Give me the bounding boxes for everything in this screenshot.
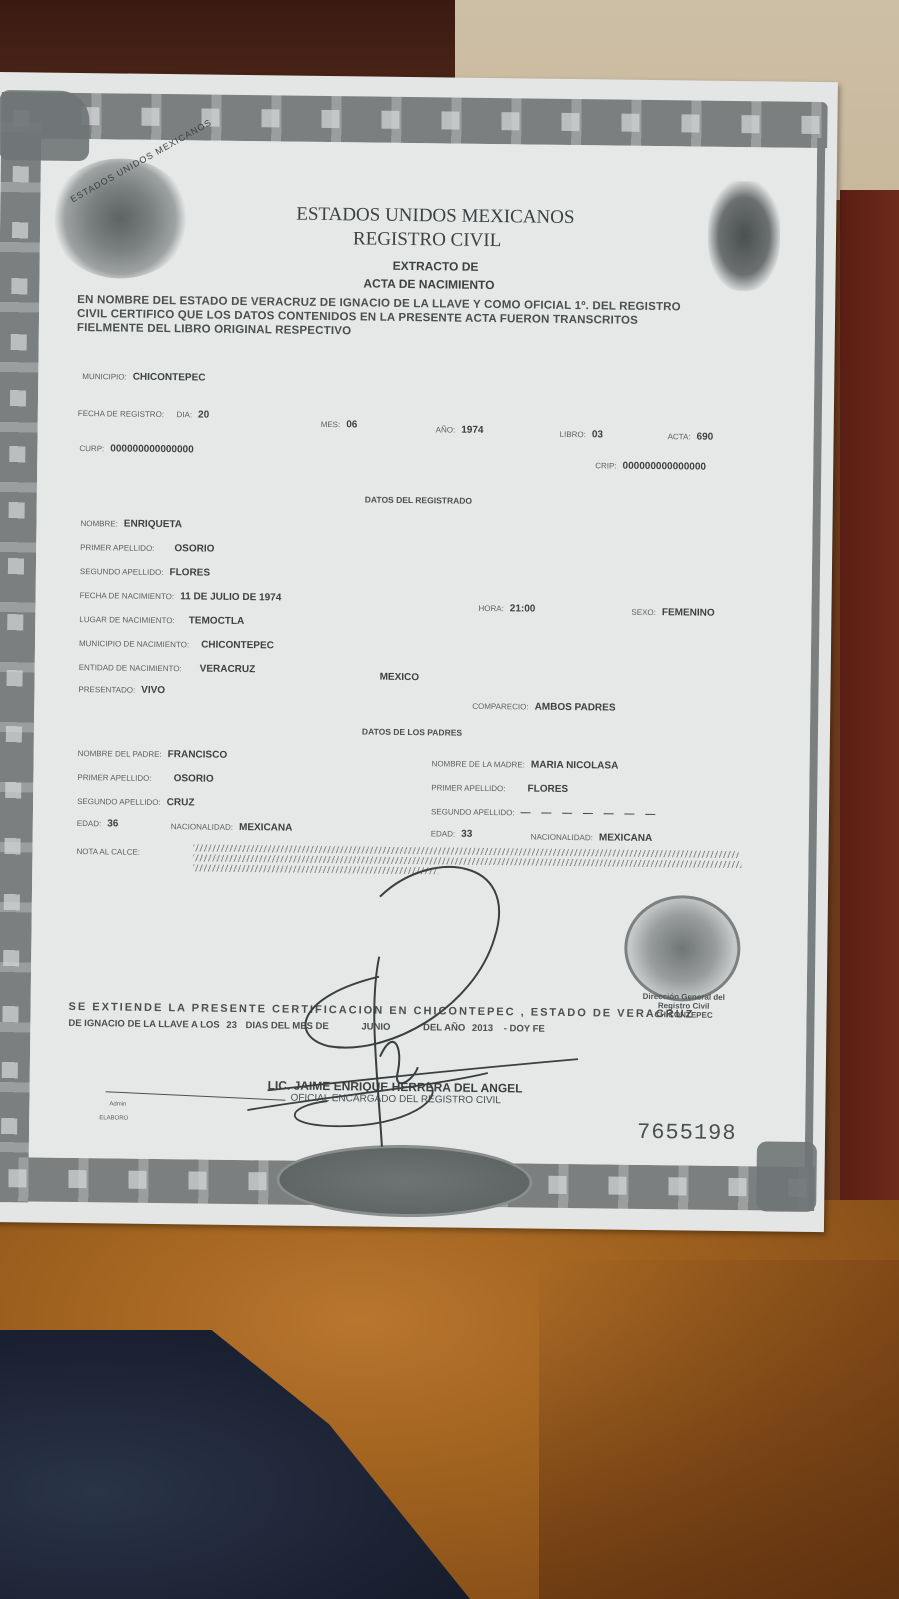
field-value: FRANCISCO	[168, 749, 228, 761]
field-value: FLORES	[527, 783, 568, 794]
field-sexo: SEXO:FEMENINO	[631, 602, 714, 621]
office-title: REGISTRO CIVIL	[353, 228, 502, 252]
field-value: OSORIO	[174, 543, 214, 554]
field-label: NACIONALIDAD:	[171, 822, 233, 832]
field-label: PRIMER APELLIDO:	[431, 783, 505, 793]
field-padre-edad: EDAD:36	[77, 813, 119, 832]
field-value: 11 DE JULIO DE 1974	[180, 591, 281, 603]
doc-type-line1: EXTRACTO DE	[393, 259, 479, 274]
field-padre-segundo-apellido: SEGUNDO APELLIDO:CRUZ	[77, 791, 195, 810]
field-label: CRIP:	[595, 461, 616, 470]
field-madre-edad: EDAD:33	[431, 823, 473, 842]
closing-dias: 23	[226, 1020, 237, 1031]
field-label: MUNICIPIO DE NACIMIENTO:	[79, 639, 189, 649]
closing-text: DE IGNACIO DE LA LLAVE A LOS	[68, 1018, 219, 1031]
field-label: PRESENTADO:	[78, 685, 135, 695]
field-municipio: MUNICIPIO:CHICONTEPEC	[82, 366, 205, 386]
field-label: NOMBRE DE LA MADRE:	[432, 759, 525, 769]
closing-text: - DOY FE	[504, 1023, 545, 1035]
field-primer-apellido: PRIMER APELLIDO:OSORIO	[80, 537, 214, 557]
field-padre-nombre: NOMBRE DEL PADRE:FRANCISCO	[78, 743, 228, 763]
field-madre-nombre: NOMBRE DE LA MADRE:MARIA NICOLASA	[431, 753, 618, 773]
country-title: ESTADOS UNIDOS MEXICANOS	[296, 204, 574, 229]
field-value: FEMENINO	[662, 607, 715, 619]
field-value: 36	[107, 818, 118, 829]
serpent-head-corner-icon	[756, 1141, 817, 1212]
field-fecha-registro: FECHA DE REGISTRO: DIA:20	[78, 403, 210, 423]
field-value: MEXICO	[380, 672, 420, 683]
field-value: MEXICANA	[239, 822, 292, 834]
closing-text: DEL AÑO	[423, 1022, 465, 1034]
field-label: LIBRO:	[560, 430, 586, 439]
field-label: SEGUNDO APELLIDO:	[80, 567, 164, 577]
field-segundo-apellido: SEGUNDO APELLIDO:FLORES	[80, 561, 210, 581]
field-value: CHICONTEPEC	[133, 372, 206, 384]
field-value: MARIA NICOLASA	[531, 760, 619, 772]
field-value: — — — — — — —	[521, 807, 660, 820]
field-acta: ACTA:690	[668, 426, 714, 445]
field-presentado: PRESENTADO:VIVO	[78, 679, 165, 698]
field-entidad-nacimiento: ENTIDAD DE NACIMIENTO:VERACRUZ	[79, 657, 256, 677]
field-label: EDAD:	[431, 829, 456, 838]
field-pais: MEXICO	[374, 667, 420, 686]
certification-intro: EN NOMBRE DEL ESTADO DE VERACRUZ DE IGNA…	[77, 293, 681, 342]
admin-label: Admin	[109, 1101, 126, 1107]
closing-text: DIAS DEL MES DE	[245, 1020, 328, 1032]
field-madre-primer-apellido: PRIMER APELLIDO:FLORES	[431, 777, 568, 797]
field-madre-nacionalidad: NACIONALIDAD:MEXICANA	[531, 827, 653, 846]
field-curp: CURP:000000000000000	[79, 438, 194, 457]
field-label: SEXO:	[631, 608, 656, 617]
field-fecha-nacimiento: FECHA DE NACIMIENTO:11 DE JULIO DE 1974	[80, 585, 282, 605]
field-value: 000000000000000	[110, 443, 194, 455]
birth-certificate: ESTADOS UNIDOS MEXICANOS ESTADOS UNIDOS …	[0, 72, 838, 1232]
field-hora: HORA:21:00	[478, 598, 535, 617]
field-label: COMPARECIO:	[472, 702, 528, 712]
field-value: ENRIQUETA	[124, 519, 182, 531]
field-padre-nacionalidad: NACIONALIDAD:MEXICANA	[171, 816, 293, 835]
field-label: PRIMER APELLIDO:	[77, 773, 151, 783]
field-label: NOMBRE:	[80, 519, 117, 528]
field-value: 03	[592, 429, 603, 440]
field-nota-al-calce: NOTA AL CALCE:	[76, 841, 140, 860]
field-label: HORA:	[478, 604, 503, 613]
field-libro: LIBRO:03	[560, 424, 604, 443]
field-lugar-nacimiento: LUGAR DE NACIMIENTO:TEMOCTLA	[79, 609, 244, 629]
field-comparecio: COMPARECIO:AMBOS PADRES	[472, 696, 615, 716]
field-mes: MES:06	[321, 414, 358, 432]
field-value: VERACRUZ	[200, 663, 256, 675]
field-label: ENTIDAD DE NACIMIENTO:	[79, 663, 182, 673]
field-label: PRIMER APELLIDO:	[80, 543, 154, 553]
field-label: LUGAR DE NACIMIENTO:	[79, 615, 175, 625]
field-value: AMBOS PADRES	[535, 702, 616, 714]
field-label: MES:	[321, 420, 341, 429]
field-value: 33	[461, 829, 472, 840]
veracruz-coat-of-arms-icon	[707, 181, 780, 292]
field-value: 690	[696, 432, 713, 443]
field-label: FECHA DE REGISTRO:	[78, 409, 164, 419]
section-title-padres: DATOS DE LOS PADRES	[362, 726, 462, 737]
field-nombre: NOMBRE:ENRIQUETA	[80, 513, 182, 532]
background-shadow	[539, 1260, 899, 1599]
field-value: 06	[346, 419, 357, 430]
field-value: 000000000000000	[623, 461, 707, 473]
field-value: 21:00	[510, 603, 536, 614]
field-label: EDAD:	[77, 819, 102, 828]
field-label: ACTA:	[668, 432, 691, 441]
field-value: CHICONTEPEC	[201, 640, 274, 652]
field-label: SEGUNDO APELLIDO:	[77, 797, 161, 807]
field-label: CURP:	[79, 444, 104, 453]
section-title-registrado: DATOS DEL REGISTRADO	[365, 494, 472, 505]
field-label: AÑO:	[436, 425, 456, 434]
field-value: FLORES	[169, 567, 210, 578]
doc-type-line2: ACTA DE NACIMIENTO	[363, 276, 494, 292]
field-value: CRUZ	[167, 797, 195, 808]
field-value: OSORIO	[174, 773, 214, 784]
elaboro-label: ELABORO	[99, 1115, 128, 1121]
field-anio: AÑO:1974	[436, 419, 484, 438]
serpent-head-corner-icon	[0, 90, 90, 161]
folio-number: 7655198	[637, 1120, 737, 1146]
field-label: SEGUNDO APELLIDO:	[431, 807, 515, 817]
field-municipio-nacimiento: MUNICIPIO DE NACIMIENTO:CHICONTEPEC	[79, 633, 274, 653]
field-value: MEXICANA	[599, 832, 652, 844]
field-padre-primer-apellido: PRIMER APELLIDO:OSORIO	[77, 767, 213, 787]
field-value: VIVO	[141, 685, 165, 696]
closing-mes: JUNIO	[361, 1021, 390, 1032]
closing-anio: 2013	[472, 1023, 493, 1034]
field-value: 20	[198, 409, 209, 420]
field-crip: CRIP:000000000000000	[595, 455, 706, 474]
field-madre-segundo-apellido: SEGUNDO APELLIDO:— — — — — — —	[431, 801, 659, 822]
field-label: NOMBRE DEL PADRE:	[78, 749, 162, 759]
field-value: TEMOCTLA	[189, 615, 245, 627]
field-value: 1974	[461, 425, 483, 436]
field-label: NACIONALIDAD:	[531, 833, 593, 843]
field-label: MUNICIPIO:	[82, 372, 127, 382]
field-label: NOTA AL CALCE:	[76, 847, 140, 857]
background-fabric-red	[840, 190, 899, 1290]
field-label: DIA:	[176, 410, 192, 419]
field-label: FECHA DE NACIMIENTO:	[80, 591, 175, 601]
